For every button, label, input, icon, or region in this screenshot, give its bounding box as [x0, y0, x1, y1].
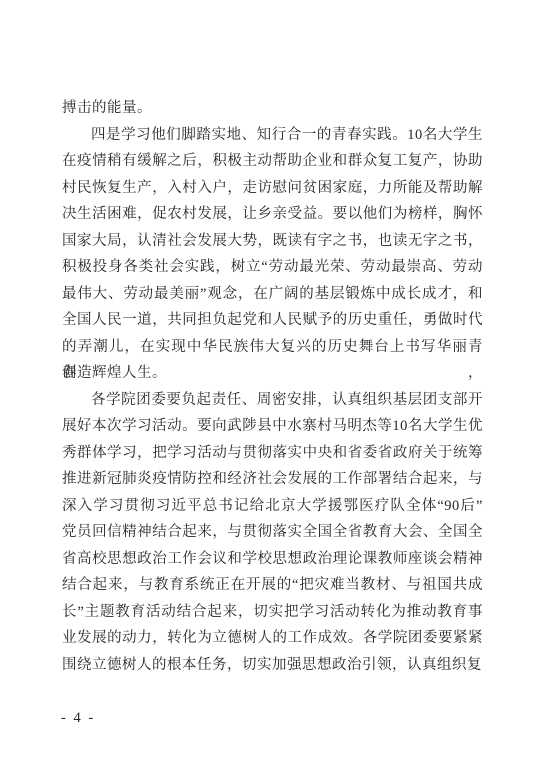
page-number: - 4 - [61, 710, 95, 726]
text-line: 四是学习他们脚踏实地、知行合一的青春实践。10名大学生 [62, 122, 483, 149]
text-line: 推进新冠肺炎疫情防控和经济社会发展的工作部署结合起来，与 [62, 466, 483, 493]
text-line: 国家大局，认清社会发展大势，既读有字之书，也读无字之书， [62, 228, 483, 255]
text-line: 村民恢复生产，入村入户，走访慰问贫困家庭，力所能及帮助解 [62, 175, 483, 202]
text-line: 决生活困难，促农村发展，让乡亲受益。要以他们为榜样，胸怀 [62, 201, 483, 228]
text-line: 围绕立德树人的根本任务，切实加强思想政治引领，认真组织复 [62, 652, 483, 679]
text-line: 结合起来，与教育系统正在开展的“把灾难当教材、与祖国共成 [62, 572, 483, 599]
text-line: 业发展的动力，转化为立德树人的工作成效。各学院团委要紧紧 [62, 625, 483, 652]
text-line: 秀群体学习，把学习活动与贯彻落实中央和省委省政府关于统筹 [62, 440, 483, 467]
document-body: 搏击的能量。四是学习他们脚踏实地、知行合一的青春实践。10名大学生在疫情稍有缓解… [62, 95, 483, 678]
text-line: 全国人民一道，共同担负起党和人民赋予的历史重任，勇做时代 [62, 307, 483, 334]
text-line: 党员回信精神结合起来，与贯彻落实全国全省教育大会、全国全 [62, 519, 483, 546]
text-line: 展好本次学习活动。要向武陟县中水寨村马明杰等10名大学生优 [62, 413, 483, 440]
text-line: 积极投身各类社会实践，树立“劳动最光荣、劳动最崇高、劳动 [62, 254, 483, 281]
paragraph: 四是学习他们脚踏实地、知行合一的青春实践。10名大学生在疫情稍有缓解之后，积极主… [62, 122, 483, 387]
page-footer: - 4 - [61, 710, 95, 727]
document-page: 搏击的能量。四是学习他们脚踏实地、知行合一的青春实践。10名大学生在疫情稍有缓解… [0, 0, 543, 768]
text-line: 深入学习贯彻习近平总书记给北京大学援鄂医疗队全体“90后” [62, 493, 483, 520]
text-line: 长”主题教育活动结合起来，切实把学习活动转化为推动教育事 [62, 599, 483, 626]
text-line: 各学院团委要负起责任、周密安排，认真组织基层团支部开 [62, 387, 483, 414]
text-line: 最伟大、劳动最美丽”观念，在广阔的基层锻炼中成长成才，和 [62, 281, 483, 308]
text-line: 在疫情稍有缓解之后，积极主动帮助企业和群众复工复产，协助 [62, 148, 483, 175]
text-line: 省高校思想政治工作会议和学校思想政治理论课教师座谈会精神 [62, 546, 483, 573]
text-line: 搏击的能量。 [62, 95, 483, 122]
paragraph: 搏击的能量。 [62, 95, 483, 122]
paragraph: 各学院团委要负起责任、周密安排，认真组织基层团支部开展好本次学习活动。要向武陟县… [62, 387, 483, 679]
text-line: 的弄潮儿，在实现中华民族伟大复兴的历史舞台上书写华丽青春， [62, 334, 483, 361]
